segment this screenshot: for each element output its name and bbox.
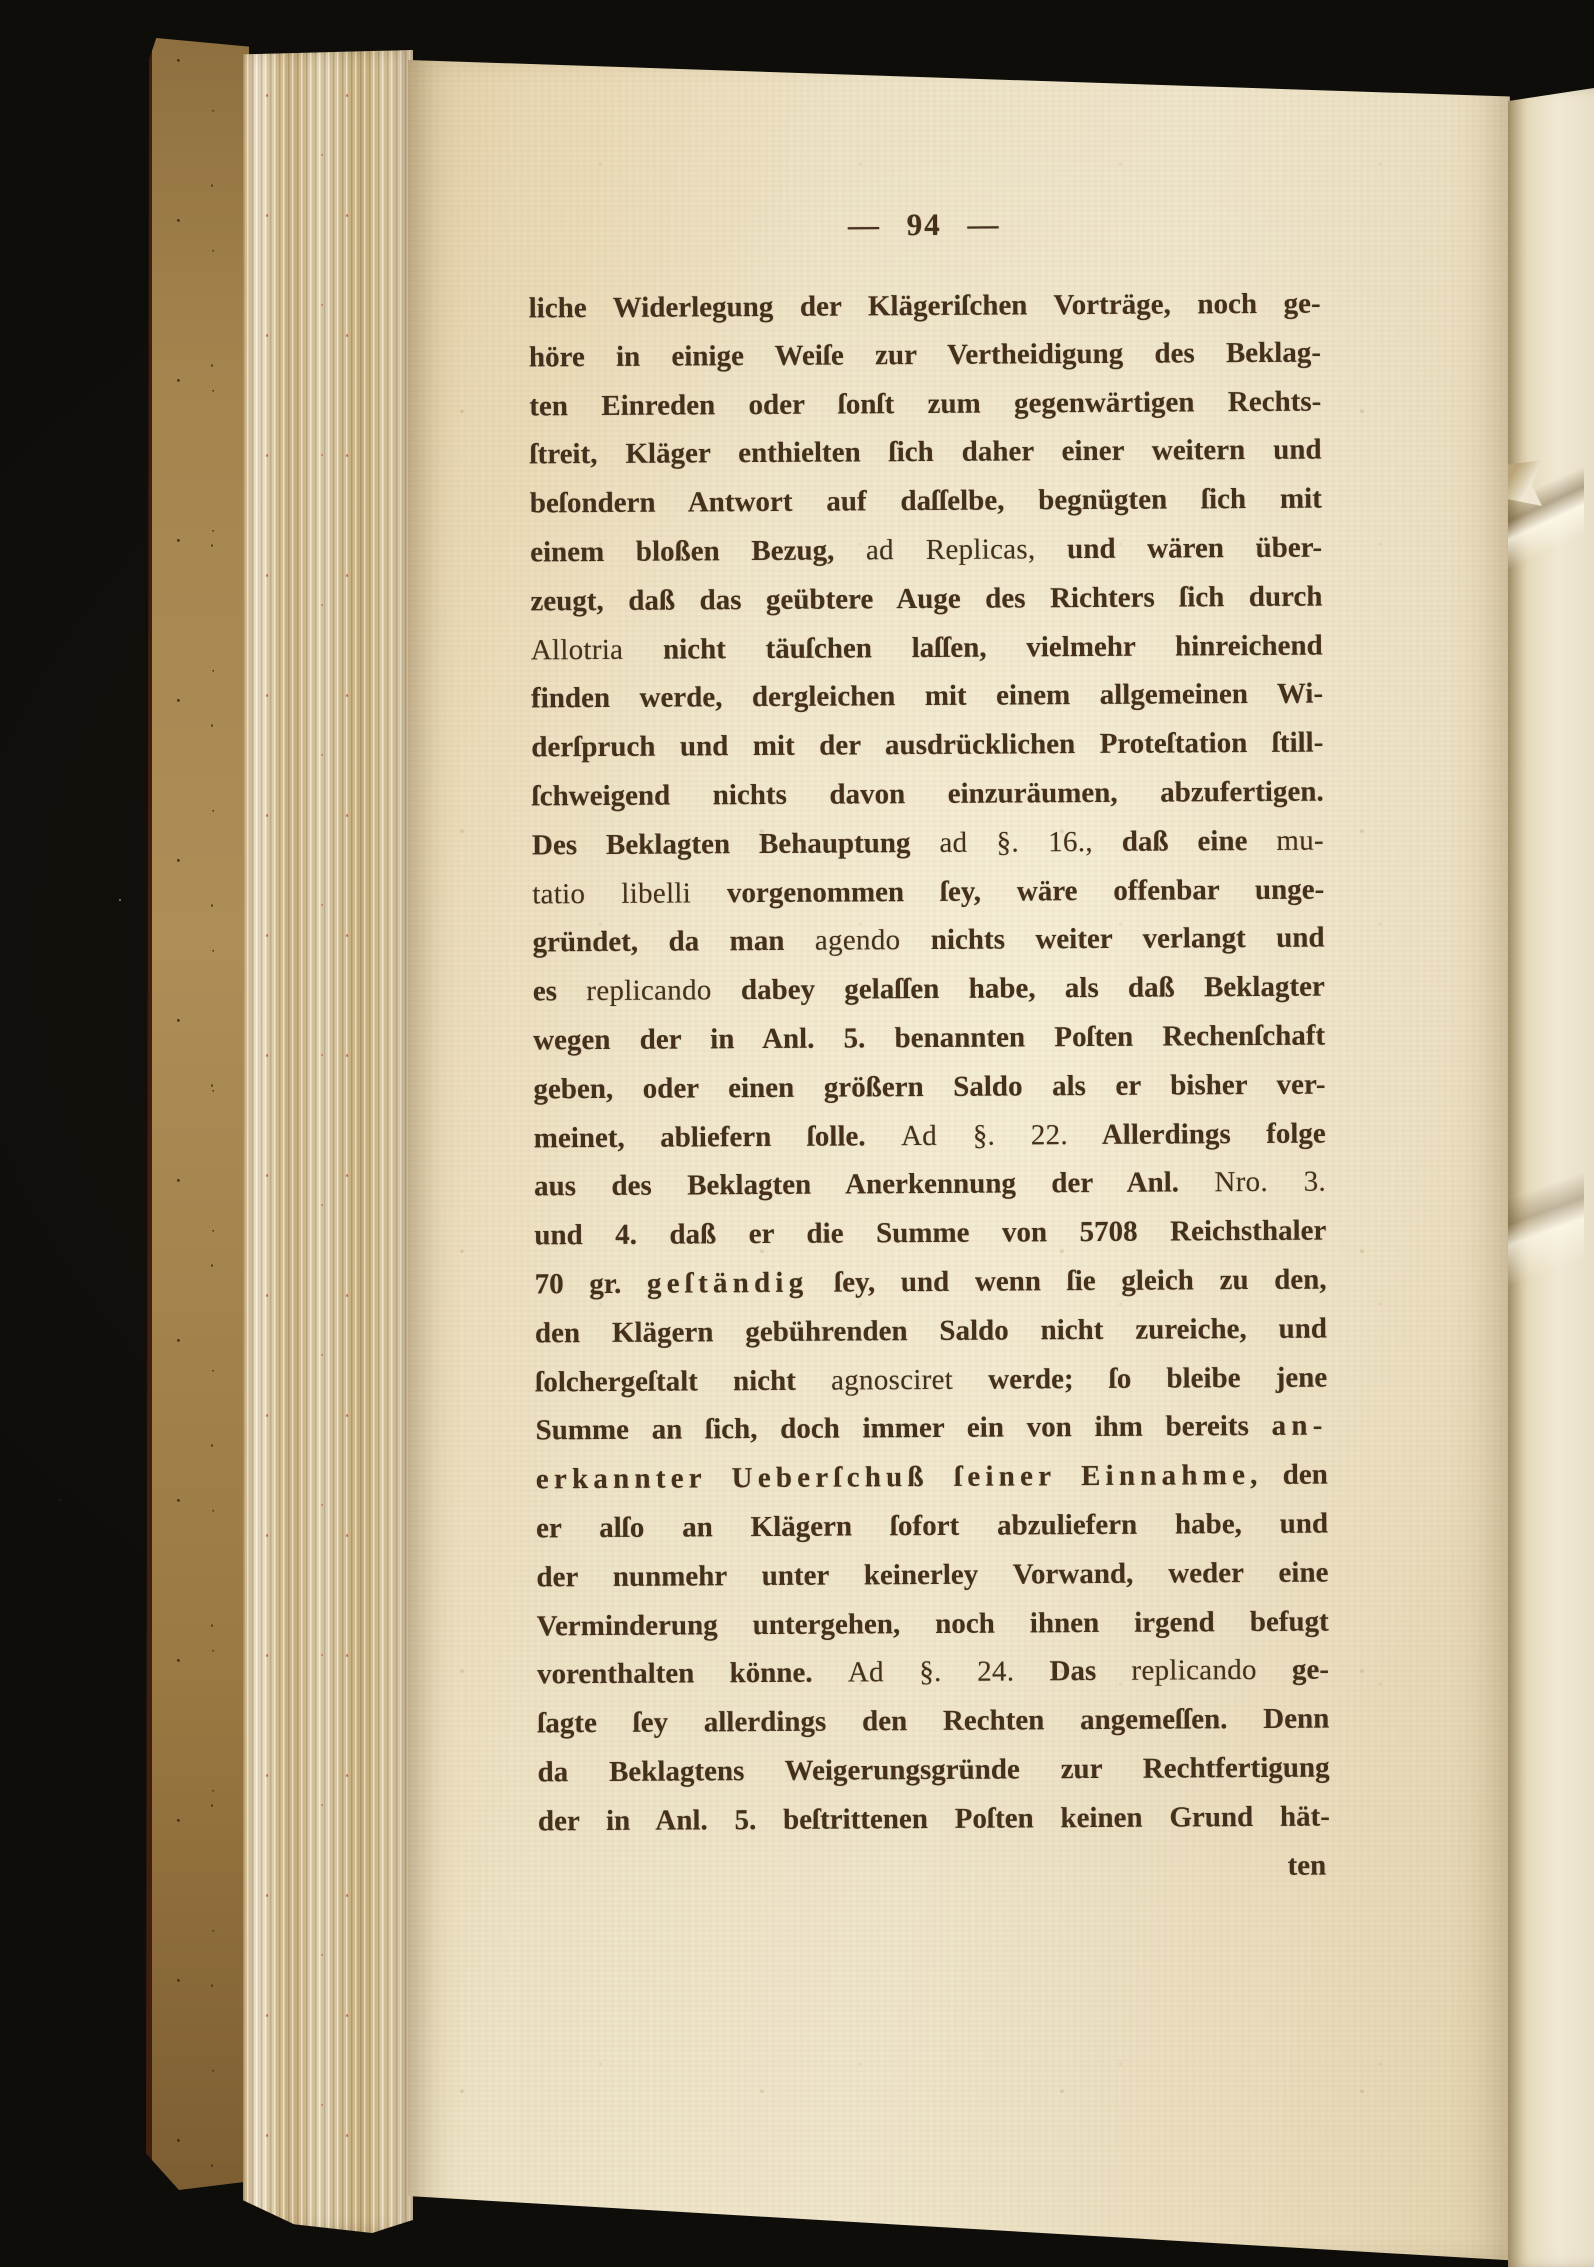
text-line: den Klägern gebührenden Saldo nicht zure… — [535, 1304, 1327, 1358]
text-line: und 4. daß er die Summe von 5708 Reichst… — [534, 1207, 1326, 1261]
text-segment-antiqua: Ad §. 22. — [901, 1119, 1068, 1152]
text-line: 70 gr. geſtändig ſey, und wenn ſie gleic… — [534, 1255, 1326, 1309]
text-segment: beſondern Antwort auf daſſelbe, begnügte… — [530, 483, 1322, 520]
text-segment: geben, oder einen größern Saldo als er b… — [533, 1068, 1325, 1105]
page-text-layer: — 94 — liche Widerlegung der Klägeriſche… — [528, 194, 1330, 1895]
text-segment-sperr: an- — [1271, 1410, 1327, 1442]
text-segment: ten Einreden oder ſonſt zum gegenwärtige… — [529, 385, 1321, 422]
text-line: liche Widerlegung der Klägeriſchen Vortr… — [529, 280, 1321, 334]
text-line: derſpruch und mit der ausdrücklichen Pro… — [531, 719, 1323, 773]
page-stack-fore-edge — [243, 50, 413, 2233]
text-line: meinet, abliefern ſolle. Ad §. 22. Aller… — [534, 1109, 1326, 1163]
text-line: wegen der in Anl. 5. benannten Poſten Re… — [533, 1012, 1325, 1066]
text-line: Des Beklagten Behauptung ad §. 16., daß … — [532, 816, 1324, 870]
text-segment: nicht täuſchen laſſen, vielmehr hinreich… — [623, 629, 1323, 665]
text-line: beſondern Antwort auf daſſelbe, begnügte… — [530, 475, 1322, 529]
text-line: ſolchergeſtalt nicht agnosciret werde; ſ… — [535, 1353, 1327, 1407]
text-line: der in Anl. 5. beſtrittenen Poſten keine… — [538, 1792, 1330, 1846]
text-line: der nunmehr unter keinerley Vorwand, wed… — [536, 1548, 1328, 1602]
text-segment: Das — [1014, 1655, 1131, 1688]
text-segment-antiqua: agendo — [815, 925, 901, 958]
paper-crease-lower — [1500, 1108, 1584, 1338]
text-segment-antiqua: mu- — [1276, 824, 1324, 856]
text-line: Allotria nicht täuſchen laſſen, vielmehr… — [531, 621, 1323, 675]
page-text: liche Widerlegung der Klägeriſchen Vortr… — [529, 280, 1331, 1846]
text-segment: Verminderung untergehen, noch ihnen irge… — [537, 1605, 1329, 1642]
text-line: er alſo an Klägern ſofort abzuliefern ha… — [536, 1499, 1328, 1553]
text-line: höre in einige Weiſe zur Vertheidigung d… — [529, 328, 1321, 382]
text-segment: da Beklagtens Weigerungsgründe zur Recht… — [538, 1751, 1330, 1788]
text-segment: einem bloßen Bezug, — [530, 534, 866, 568]
text-line: da Beklagtens Weigerungsgründe zur Recht… — [537, 1743, 1329, 1797]
text-line: geben, oder einen größern Saldo als er b… — [533, 1060, 1325, 1114]
text-segment: aus des Beklagten Anerkennung der Anl. — [534, 1167, 1215, 1203]
text-line: zeugt, daß das geübtere Auge des Richter… — [530, 572, 1322, 626]
text-segment: dabey gelaſſen habe, als daß Beklagter — [712, 971, 1325, 1007]
text-line: aus des Beklagten Anerkennung der Anl. N… — [534, 1158, 1326, 1212]
text-segment: und wären über- — [1035, 532, 1322, 566]
text-segment: werde; ſo bleibe jene — [953, 1361, 1327, 1395]
text-segment-antiqua: ad Replicas, — [866, 533, 1036, 566]
text-segment-sperr: geſtändig — [647, 1267, 809, 1300]
text-segment: Allerdings folge — [1068, 1117, 1326, 1151]
text-segment: er alſo an Klägern ſofort abzuliefern ha… — [536, 1507, 1328, 1544]
text-segment: ge- — [1257, 1654, 1329, 1686]
text-line: vorenthalten könne. Ad §. 24. Das replic… — [537, 1646, 1329, 1700]
text-segment: 70 gr. — [535, 1268, 648, 1301]
text-segment: ſtreit, Kläger enthielten ſich daher ein… — [529, 434, 1321, 471]
text-line: ten Einreden oder ſonſt zum gegenwärtige… — [529, 377, 1321, 431]
text-segment-antiqua: replicando — [1131, 1654, 1256, 1687]
text-segment: ſey, und wenn ſie gleich zu den, — [808, 1263, 1326, 1298]
text-segment: vorenthalten könne. — [537, 1657, 848, 1691]
text-segment: meinet, abliefern ſolle. — [534, 1120, 901, 1154]
text-segment: den Klägern gebührenden Saldo nicht zure… — [535, 1312, 1327, 1349]
text-segment: der nunmehr unter keinerley Vorwand, wed… — [536, 1556, 1328, 1593]
text-segment: nichts weiter verlangt und — [900, 922, 1324, 957]
book-scan-photo: — 94 — liche Widerlegung der Klägeriſche… — [0, 0, 1594, 2267]
text-segment: finden werde, dergleichen mit einem allg… — [531, 678, 1323, 715]
text-line: finden werde, dergleichen mit einem allg… — [531, 670, 1323, 724]
paper-crease-upper — [1500, 418, 1584, 608]
text-line: gründet, da man agendo nichts weiter ver… — [532, 914, 1324, 968]
text-segment: Summe an ſich, doch immer ein von ihm be… — [535, 1410, 1271, 1446]
text-line: es replicando dabey gelaſſen habe, als d… — [533, 963, 1325, 1017]
text-segment: es — [533, 975, 587, 1007]
text-segment: ſolchergeſtalt nicht — [535, 1364, 831, 1398]
text-segment-antiqua: Ad §. 24. — [848, 1656, 1015, 1689]
text-segment: daß eine — [1093, 825, 1277, 858]
catchword: ten — [538, 1841, 1330, 1895]
text-line: einem bloßen Bezug, ad Replicas, und wär… — [530, 524, 1322, 578]
text-line: tatio libelli vorgenommen ſey, wäre offe… — [532, 865, 1324, 919]
book-cover-edge — [146, 38, 249, 2190]
text-line: Summe an ſich, doch immer ein von ihm be… — [535, 1402, 1327, 1456]
text-segment-antiqua: ad §. 16., — [939, 826, 1093, 859]
text-line: ſagte ſey allerdings den Rechten angemeſ… — [537, 1695, 1329, 1749]
text-segment: und 4. daß er die Summe von 5708 Reichst… — [534, 1215, 1326, 1252]
text-line: ſtreit, Kläger enthielten ſich daher ein… — [529, 426, 1321, 480]
text-segment: gründet, da man — [532, 925, 815, 959]
facing-page-edge — [1508, 88, 1594, 2267]
text-segment-antiqua: agnosciret — [831, 1363, 953, 1396]
text-segment: derſpruch und mit der ausdrücklichen Pro… — [531, 727, 1323, 764]
text-segment: höre in einige Weiſe zur Vertheidigung d… — [529, 336, 1321, 373]
text-segment: wegen der in Anl. 5. benannten Poſten Re… — [533, 1020, 1325, 1057]
text-segment-antiqua: Nro. 3. — [1214, 1166, 1326, 1199]
page-number: — 94 — — [528, 194, 1320, 257]
text-line: Verminderung untergehen, noch ihnen irge… — [537, 1597, 1329, 1651]
text-segment: den — [1263, 1459, 1328, 1491]
text-segment: zeugt, daß das geübtere Auge des Richter… — [530, 580, 1322, 617]
text-segment-antiqua: Allotria — [531, 633, 624, 666]
text-segment-antiqua: replicando — [586, 974, 711, 1007]
text-segment: ſchweigend nichts davon einzuräumen, abz… — [532, 776, 1324, 813]
text-segment-antiqua: tatio libelli — [532, 877, 691, 910]
text-line: ſchweigend nichts davon einzuräumen, abz… — [532, 768, 1324, 822]
text-segment: Des Beklagten Behauptung — [532, 827, 940, 861]
text-segment: vorgenommen ſey, wäre offenbar unge- — [691, 873, 1324, 909]
text-segment: der in Anl. 5. beſtrittenen Poſten keine… — [538, 1800, 1330, 1837]
text-segment-sperr: erkannter Ueberſchuß ſeiner Einnahme, — [536, 1459, 1263, 1495]
text-segment: liche Widerlegung der Klägeriſchen Vortr… — [529, 288, 1321, 325]
text-line: erkannter Ueberſchuß ſeiner Einnahme, de… — [536, 1451, 1328, 1505]
text-segment: ſagte ſey allerdings den Rechten angemeſ… — [537, 1703, 1329, 1740]
